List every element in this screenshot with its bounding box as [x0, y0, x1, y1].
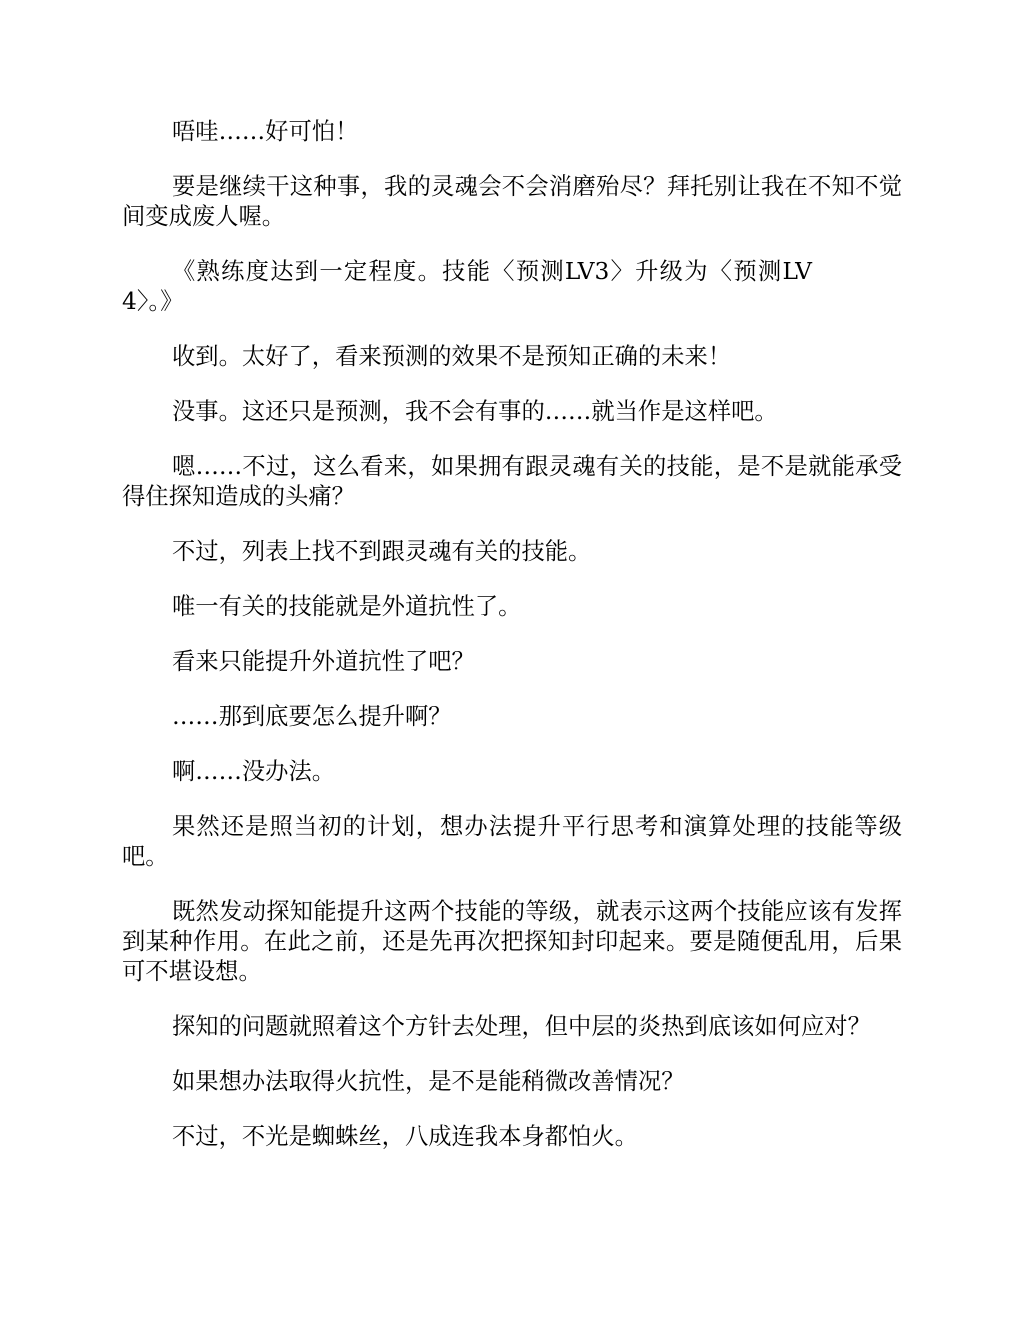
paragraph-8: 唯一有关的技能就是外道抗性了。: [122, 592, 902, 622]
paragraph-12: 果然还是照当初的计划，想办法提升平行思考和演算处理的技能等级吧。: [122, 812, 902, 872]
paragraph-16: 不过，不光是蜘蛛丝，八成连我本身都怕火。: [122, 1122, 902, 1152]
paragraph-3: 《熟练度达到一定程度。技能〈预测LV3〉升级为〈预测LV4〉。》: [122, 257, 902, 317]
paragraph-5: 没事。这还只是预测，我不会有事的……就当作是这样吧。: [122, 397, 902, 427]
paragraph-9: 看来只能提升外道抗性了吧？: [122, 647, 902, 677]
paragraph-2: 要是继续干这种事，我的灵魂会不会消磨殆尽？拜托别让我在不知不觉间变成废人喔。: [122, 172, 902, 232]
paragraph-4: 收到。太好了，看来预测的效果不是预知正确的未来！: [122, 342, 902, 372]
paragraph-6: 嗯……不过，这么看来，如果拥有跟灵魂有关的技能，是不是就能承受得住探知造成的头痛…: [122, 452, 902, 512]
paragraph-10: ……那到底要怎么提升啊？: [122, 702, 902, 732]
paragraph-14: 探知的问题就照着这个方针去处理，但中层的炎热到底该如何应对？: [122, 1012, 902, 1042]
document-page: 唔哇……好可怕！ 要是继续干这种事，我的灵魂会不会消磨殆尽？拜托别让我在不知不觉…: [122, 117, 902, 1177]
paragraph-7: 不过，列表上找不到跟灵魂有关的技能。: [122, 537, 902, 567]
paragraph-13: 既然发动探知能提升这两个技能的等级，就表示这两个技能应该有发挥到某种作用。在此之…: [122, 897, 902, 987]
paragraph-15: 如果想办法取得火抗性，是不是能稍微改善情况？: [122, 1067, 902, 1097]
paragraph-1: 唔哇……好可怕！: [122, 117, 902, 147]
paragraph-11: 啊……没办法。: [122, 757, 902, 787]
